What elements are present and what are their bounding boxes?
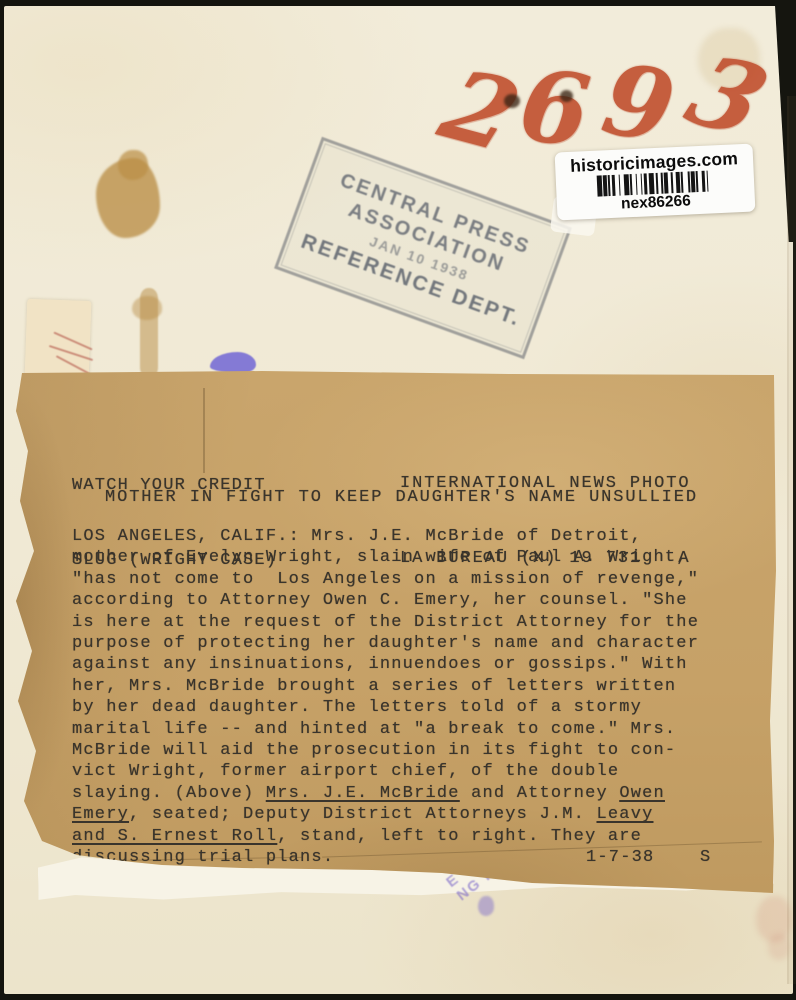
red-smudge — [768, 934, 790, 960]
caption-text: mother of Evelyn Wright, slain wife of P… — [72, 548, 688, 567]
caption-text: Mrs. J.E. McBride — [266, 784, 460, 803]
caption-text: according to Attorney Owen C. Emery, her… — [72, 591, 688, 610]
caption-line: is here at the request of the District A… — [72, 612, 699, 633]
glue-drip-stain — [132, 296, 162, 320]
pencil-smudge — [504, 94, 520, 108]
caption-text: Emery — [72, 805, 129, 824]
caption-line: purpose of protecting her daughter's nam… — [72, 633, 699, 654]
purple-ink-blot — [478, 896, 494, 916]
caption-text: Owen — [619, 784, 665, 803]
caption-text: , stand, left to right. They are — [277, 827, 642, 846]
caption-text: McBride will aid the prosecution in its … — [72, 741, 676, 760]
caption-line: slaying. (Above) Mrs. J.E. McBride and A… — [72, 783, 699, 804]
caption-line: McBride will aid the prosecution in its … — [72, 740, 699, 761]
caption-line: her, Mrs. McBride brought a series of le… — [72, 676, 699, 697]
caption-text: her, Mrs. McBride brought a series of le… — [72, 677, 676, 696]
caption-line: according to Attorney Owen C. Emery, her… — [72, 590, 699, 611]
glue-stain — [118, 150, 148, 180]
sticker-item-code: nex86266 — [621, 193, 691, 212]
slip-crease — [203, 388, 205, 473]
caption-text: "has not come to Los Angeles on a missio… — [72, 570, 699, 589]
tape-fragment — [25, 299, 92, 379]
caption-slip: WATCH YOUR CREDIT SLUG (WRIGHT CASE) INT… — [12, 371, 776, 895]
caption-text: slaying. (Above) — [72, 784, 266, 803]
paper-seam-shade — [789, 96, 796, 984]
photo-back-scan: 2693 CENTRAL PRESS ASSOCIATION JAN 10 19… — [0, 0, 796, 1000]
caption-text: is here at the request of the District A… — [72, 613, 699, 632]
caption-line: against any insinuations, innuendoes or … — [72, 654, 699, 675]
caption-line: Emery, seated; Deputy District Attorneys… — [72, 804, 699, 825]
caption-line: LOS ANGELES, CALIF.: Mrs. J.E. McBride o… — [72, 526, 699, 547]
caption-headline: MOTHER IN FIGHT TO KEEP DAUGHTER'S NAME … — [105, 488, 698, 507]
caption-text: purpose of protecting her daughter's nam… — [72, 634, 699, 653]
caption-line: by her dead daughter. The letters told o… — [72, 697, 699, 718]
caption-text: , seated; Deputy District Attorneys J.M. — [129, 805, 596, 824]
inventory-sticker: historicimages.com nex86266 — [555, 144, 756, 221]
pencil-smudge — [560, 90, 573, 102]
caption-text: LOS ANGELES, CALIF.: Mrs. J.E. McBride o… — [72, 527, 642, 546]
caption-line: vict Wright, former airport chief, of th… — [72, 761, 699, 782]
caption-text: by her dead daughter. The letters told o… — [72, 698, 642, 717]
caption-text: and S. Ernest Roll — [72, 827, 277, 846]
caption-text: marital life -- and hinted at "a break t… — [72, 720, 676, 739]
caption-text: vict Wright, former airport chief, of th… — [72, 762, 619, 781]
barcode — [596, 170, 714, 196]
caption-text: against any insinuations, innuendoes or … — [72, 655, 688, 674]
caption-text: and Attorney — [460, 784, 620, 803]
caption-line: and S. Ernest Roll, stand, left to right… — [72, 826, 699, 847]
caption-line: mother of Evelyn Wright, slain wife of P… — [72, 547, 699, 568]
caption-text: Leavy — [596, 805, 653, 824]
caption-date-code: 1-7-38 S — [586, 848, 711, 867]
caption-line: "has not come to Los Angeles on a missio… — [72, 569, 699, 590]
caption-body: LOS ANGELES, CALIF.: Mrs. J.E. McBride o… — [72, 526, 699, 869]
barcode-gap — [708, 170, 714, 191]
caption-line: marital life -- and hinted at "a break t… — [72, 719, 699, 740]
sticker-website: historicimages.com — [570, 149, 739, 175]
